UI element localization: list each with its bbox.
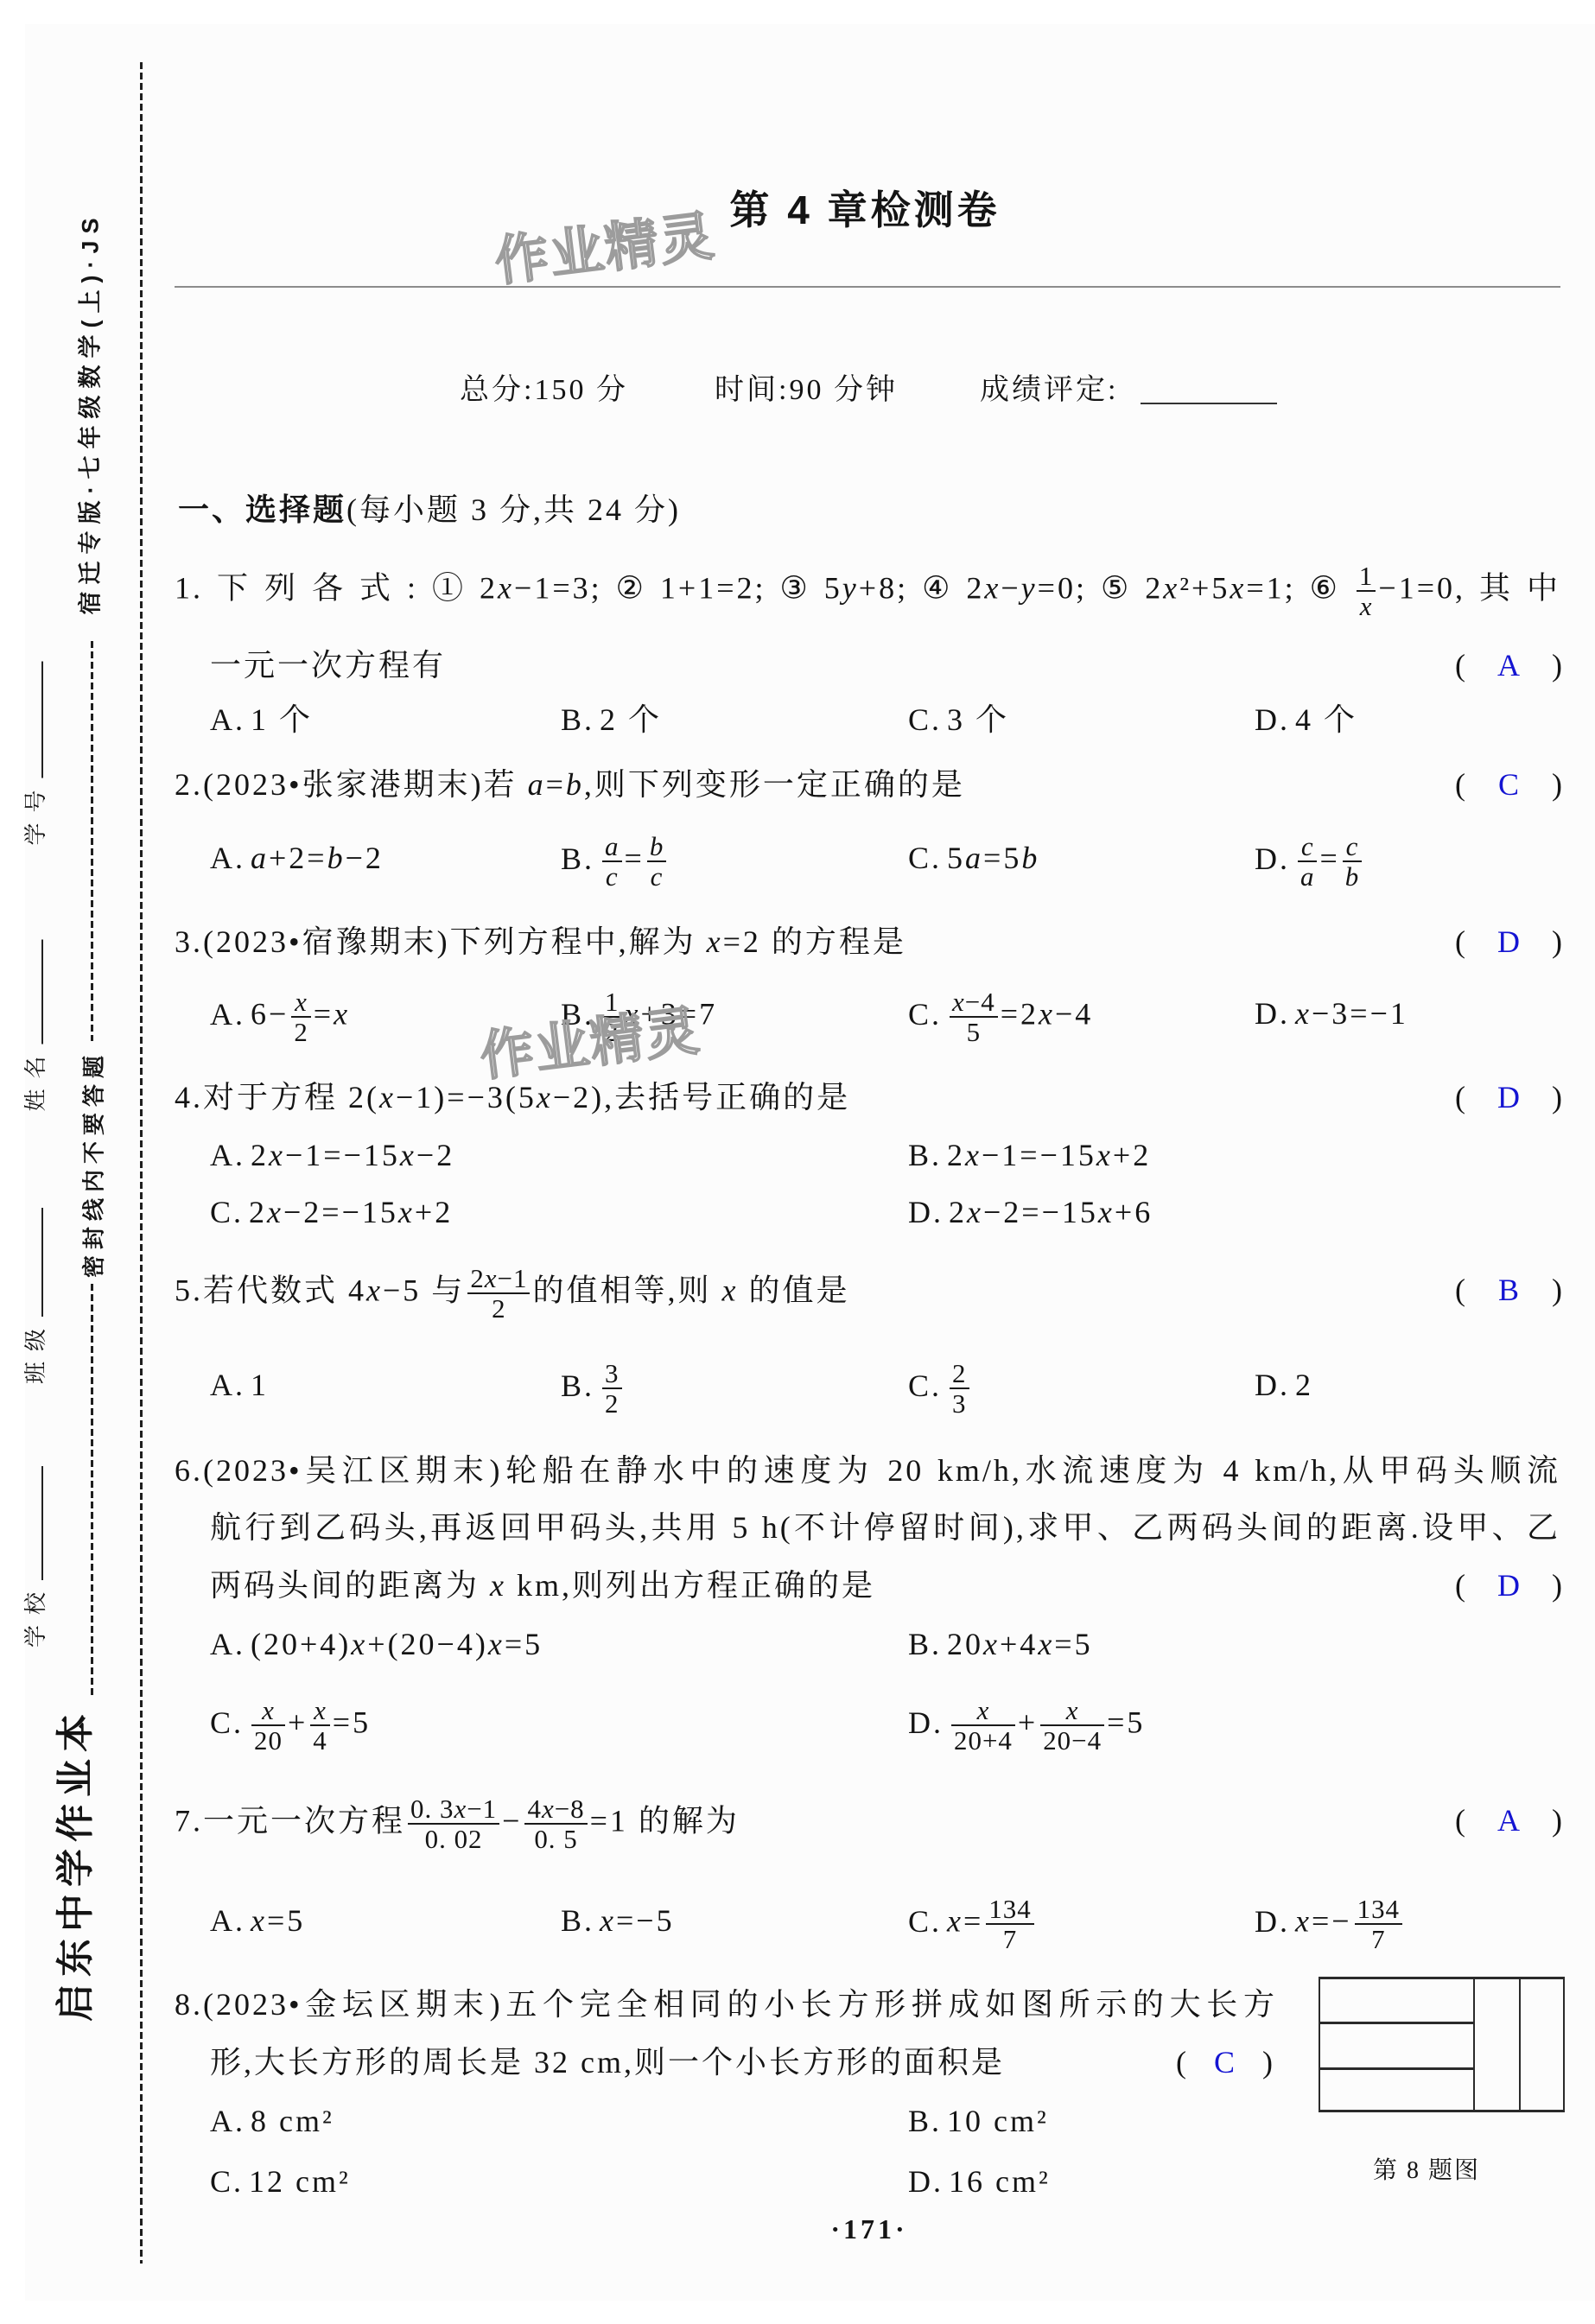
grade-label: 成绩评定: xyxy=(980,365,1118,416)
figure-divider-vertical xyxy=(1473,1979,1475,2110)
q2-option-c: C.5a=5b xyxy=(908,832,1039,884)
question-stem: =1 的解为 xyxy=(590,1804,740,1838)
q2-option-b: B.ac=bc xyxy=(561,832,669,884)
question-1-line-1: 1.下列各式:①2x−1=3;②1+1=2;③5y+8;④2x−y=0;⑤2x²… xyxy=(175,562,1560,613)
school-field: 学校 xyxy=(22,1466,50,1648)
answer-letter: C xyxy=(1498,759,1519,810)
field-blank xyxy=(22,661,43,778)
fraction: 1347 xyxy=(1355,1895,1402,1954)
q4-option-a: A.2x−1=−15x−2 xyxy=(210,1129,454,1181)
title-divider xyxy=(175,286,1560,288)
answer-slot-q4: (D) xyxy=(1455,1071,1562,1123)
question-2-line-1: 2.(2023•张家港期末)若 a=b,则下列变形一定正确的是 xyxy=(175,759,965,810)
question-source: (2023•金坛区期末) xyxy=(203,1987,503,2022)
question-stem: 下列各式:①2x−1=3;②1+1=2;③5y+8;④2x−y=0;⑤2x²+5… xyxy=(203,571,1354,606)
fraction: x20 xyxy=(251,1696,285,1756)
section-title: 一、选择题 xyxy=(178,492,346,527)
question-3-line-1: 3.(2023•宿豫期末)下列方程中,解为 x=2 的方程是 xyxy=(175,916,906,968)
field-label: 姓名 xyxy=(23,1045,48,1111)
q6-option-b: B.20x+4x=5 xyxy=(908,1618,1093,1670)
q1-option-d: D.4 个 xyxy=(1255,694,1357,746)
figure-caption: 第 8 题图 xyxy=(1373,2156,1480,2187)
answer-letter: D xyxy=(1497,1071,1520,1123)
answer-slot-q6: (D) xyxy=(1455,1559,1562,1611)
question-stem: 轮船在静水中的速度为 20 km/h,水流速度为 4 km/h,从甲码头顺流 xyxy=(502,1453,1560,1488)
q6-option-a: A.(20+4)x+(20−4)x=5 xyxy=(210,1618,543,1670)
page-title: 第 4 章检测卷 xyxy=(729,184,1000,236)
q6-option-d: D.x20+4+x20−4=5 xyxy=(908,1696,1145,1748)
q1-option-b: B.2 个 xyxy=(561,694,662,746)
question-4-line-1: 4.对于方程 2(x−1)=−3(5x−2),去括号正确的是 xyxy=(175,1071,850,1123)
answer-slot-q5: (B) xyxy=(1455,1264,1562,1316)
q7-option-d: D.x=−1347 xyxy=(1255,1895,1405,1946)
question-number: 7. xyxy=(175,1804,203,1838)
question-number: 3. xyxy=(175,924,203,959)
answer-letter: B xyxy=(1498,1264,1519,1316)
answer-slot-q8: (C) xyxy=(1176,2036,1273,2088)
seal-dashed-line-upper xyxy=(91,641,93,1041)
fraction: x2 xyxy=(291,987,310,1047)
q1-option-c: C.3 个 xyxy=(908,694,1009,746)
fraction: x20+4 xyxy=(951,1696,1015,1756)
question-stem: 的值相等,则 x 的值是 xyxy=(532,1273,849,1308)
answer-slot-q7: (A) xyxy=(1455,1794,1562,1846)
q3-option-d: D.x−3=−1 xyxy=(1255,987,1408,1039)
grade-blank xyxy=(1141,384,1277,404)
question-5-line-1: 5.若代数式 4x−5 与2x−12的值相等,则 x 的值是 xyxy=(175,1264,850,1316)
fraction: x4 xyxy=(310,1696,329,1756)
answer-letter: A xyxy=(1497,1794,1520,1846)
question-source: (2023•张家港期末) xyxy=(203,767,484,802)
fraction: x−45 xyxy=(950,987,998,1047)
outer-binding-dashed-line xyxy=(140,62,143,2264)
section-note: (每小题 3 分,共 24 分) xyxy=(346,492,681,527)
question-stem: 若 a=b,则下列变形一定正确的是 xyxy=(484,767,965,802)
q7-option-a: A.x=5 xyxy=(210,1895,305,1946)
fraction: 32 xyxy=(602,1359,621,1419)
student-id-field: 学号 xyxy=(22,661,50,845)
q5-option-b: B.32 xyxy=(561,1359,625,1411)
fraction: 1347 xyxy=(986,1895,1033,1954)
fraction: 1x xyxy=(1357,562,1376,621)
question-number: 1. xyxy=(175,571,203,606)
field-blank xyxy=(22,1208,43,1317)
q1-option-a: A.1 个 xyxy=(210,694,313,746)
question-stem: 若代数式 4x−5 与 xyxy=(203,1273,465,1308)
field-label: 学校 xyxy=(23,1582,48,1648)
edition-label: 宿迁专版·七年级数学(上)·JS xyxy=(72,212,105,615)
field-blank xyxy=(22,1466,43,1580)
q5-option-a: A.1 xyxy=(210,1359,269,1411)
question-source: (2023•吴江区期末) xyxy=(203,1453,502,1488)
class-field: 班级 xyxy=(22,1208,50,1384)
question-8-line-1: 8.(2023•金坛区期末)五个完全相同的小长方形拼成如图所示的大长方 xyxy=(175,1978,1277,2030)
question-stem: −1=0,其中 xyxy=(1378,571,1560,606)
question-6-line-3: 两码头间的距离为 x km,则列出方程正确的是 xyxy=(210,1559,875,1611)
q2-option-d: D.ca=cb xyxy=(1255,832,1364,884)
question-1-line-2: 一元一次方程有 xyxy=(210,639,446,691)
question-stem: 一元一次方程 xyxy=(203,1804,405,1838)
question-number: 5. xyxy=(175,1273,203,1308)
figure-divider-horizontal xyxy=(1320,2022,1475,2024)
total-score: 总分:150 分 xyxy=(460,365,628,416)
field-label: 学号 xyxy=(23,779,48,845)
exam-duration: 时间:90 分钟 xyxy=(715,365,898,416)
q5-option-d: D.2 xyxy=(1255,1359,1313,1411)
fraction: 2x−12 xyxy=(467,1264,530,1324)
fraction: 23 xyxy=(950,1359,969,1419)
answer-letter: A xyxy=(1497,639,1520,691)
fraction: cb xyxy=(1343,832,1362,892)
answer-letter: D xyxy=(1497,916,1520,968)
question-number: 6. xyxy=(175,1453,203,1488)
question-6-line-2: 航行到乙码头,再返回甲码头,共用 5 h(不计停留时间),求甲、乙两码头间的距离… xyxy=(210,1502,1560,1553)
q8-option-c: C.12 cm² xyxy=(210,2156,351,2207)
fraction: ac xyxy=(602,832,621,892)
field-label: 班级 xyxy=(23,1318,48,1384)
q8-rectangle-figure xyxy=(1319,1977,1565,2112)
q8-option-a: A.8 cm² xyxy=(210,2095,334,2147)
fraction: 4x−80. 5 xyxy=(524,1794,587,1854)
q3-option-c: C.x−45=2x−4 xyxy=(908,987,1093,1039)
q4-option-c: C.2x−2=−15x+2 xyxy=(210,1186,453,1238)
question-number: 4. xyxy=(175,1080,203,1114)
q6-option-c: C.x20+x4=5 xyxy=(210,1696,371,1748)
answer-letter: C xyxy=(1214,2036,1235,2088)
brand-label: 启东中学作业本 xyxy=(44,1707,99,2022)
answer-letter: D xyxy=(1497,1559,1520,1611)
answer-slot-q2: (C) xyxy=(1455,759,1562,810)
question-stem: 下列方程中,解为 x=2 的方程是 xyxy=(450,924,906,959)
q5-option-c: C.23 xyxy=(908,1359,972,1411)
fraction: x20−4 xyxy=(1040,1696,1104,1756)
q4-option-d: D.2x−2=−15x+6 xyxy=(908,1186,1153,1238)
seal-dashed-line-lower xyxy=(91,1284,93,1698)
figure-divider-horizontal xyxy=(1320,2067,1475,2070)
question-number: 2. xyxy=(175,767,203,802)
question-6-line-1: 6.(2023•吴江区期末)轮船在静水中的速度为 20 km/h,水流速度为 4… xyxy=(175,1445,1560,1496)
page-number: ·171· xyxy=(830,2212,907,2246)
q8-option-d: D.16 cm² xyxy=(908,2156,1051,2207)
field-blank xyxy=(22,939,43,1044)
seal-notice: 密封线内不要答题 xyxy=(77,1050,109,1278)
section-heading: 一、选择题(每小题 3 分,共 24 分) xyxy=(178,484,681,536)
fraction: bc xyxy=(647,832,666,892)
fraction: ca xyxy=(1298,832,1317,892)
answer-slot-q1: (A) xyxy=(1455,639,1562,691)
student-name-field: 姓名 xyxy=(22,939,50,1111)
q8-option-b: B.10 cm² xyxy=(908,2095,1049,2147)
q4-option-b: B.2x−1=−15x+2 xyxy=(908,1129,1151,1181)
fraction: 0. 3x−10. 02 xyxy=(408,1794,499,1854)
question-8-line-2: 形,大长方形的周长是 32 cm,则一个小长方形的面积是 xyxy=(210,2036,1005,2088)
question-number: 8. xyxy=(175,1987,203,2022)
q7-option-c: C.x=1347 xyxy=(908,1895,1037,1946)
question-stem: 对于方程 2(x−1)=−3(5x−2),去括号正确的是 xyxy=(203,1080,850,1114)
figure-divider-vertical xyxy=(1519,1979,1521,2110)
answer-slot-q3: (D) xyxy=(1455,916,1562,968)
question-stem: 五个完全相同的小长方形拼成如图所示的大长方 xyxy=(503,1987,1277,2022)
q7-option-b: B.x=−5 xyxy=(561,1895,675,1946)
question-source: (2023•宿豫期末) xyxy=(203,924,450,959)
q2-option-a: A.a+2=b−2 xyxy=(210,832,384,884)
question-7-line-1: 7.一元一次方程0. 3x−10. 02−4x−80. 5=1 的解为 xyxy=(175,1794,740,1846)
q3-option-a: A.6−x2=x xyxy=(210,987,350,1039)
